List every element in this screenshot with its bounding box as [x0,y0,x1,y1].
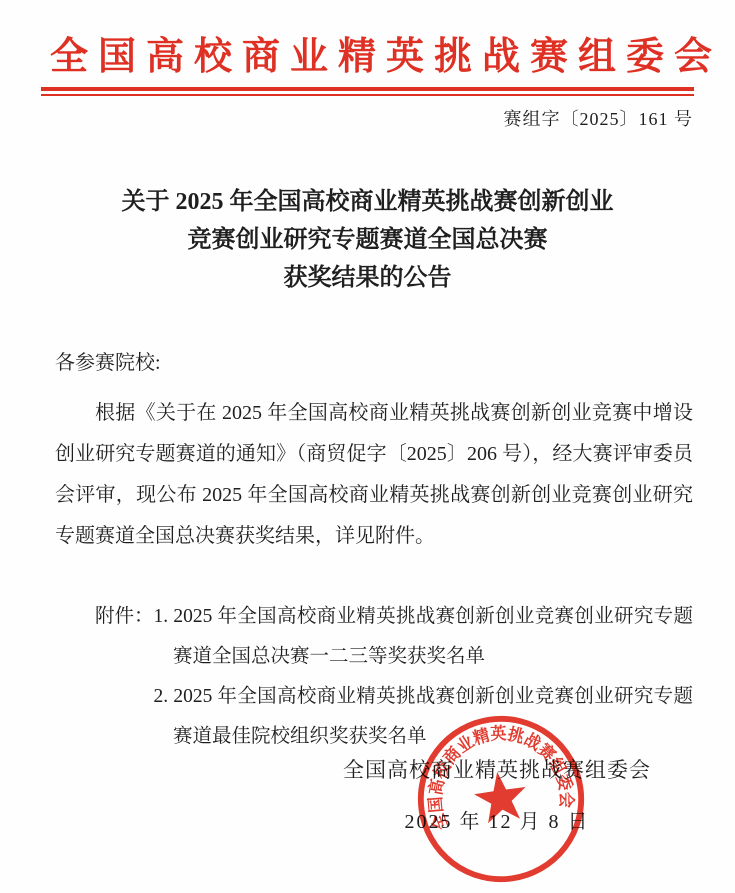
body-paragraph: 根据《关于在 2025 年全国高校商业精英挑战赛创新创业竞赛中增设创业研究专题赛… [55,393,693,557]
title-line-1: 关于 2025 年全国高校商业精英挑战赛创新创业 [0,183,735,221]
letterhead-org-name: 全国高校商业精英挑战赛组委会 [40,25,695,80]
letterhead-double-rule [41,87,694,96]
document-body: 各参赛院校: 根据《关于在 2025 年全国高校商业精英挑战赛创新创业竞赛中增设… [55,351,693,557]
title-line-3: 获奖结果的公告 [0,259,735,297]
document-title: 关于 2025 年全国高校商业精英挑战赛创新创业 竞赛创业研究专题赛道全国总决赛… [0,183,735,297]
document-number: 赛组字〔2025〕161 号 [0,105,693,131]
signature-date: 2025 年 12 月 8 日 [343,805,651,834]
signature-org-name: 全国高校商业精英挑战赛组委会 [343,757,651,783]
attachments-list: 1. 2025 年全国高校商业精英挑战赛创新创业竞赛创业研究专题赛道全国总决赛一… [154,597,693,757]
attachment-item-2: 2. 2025 年全国高校商业精英挑战赛创新创业竞赛创业研究专题赛道最佳院校组织… [154,677,693,757]
document-page: 全国高校商业精英挑战赛组委会 赛组字〔2025〕161 号 关于 2025 年全… [0,0,735,893]
attachment-item-1: 1. 2025 年全国高校商业精英挑战赛创新创业竞赛创业研究专题赛道全国总决赛一… [154,597,693,677]
signature-block: 全国高校商业精英挑战赛组委会 2025 年 12 月 8 日 [343,757,651,834]
attachments-label: 附件： [95,597,154,757]
salutation: 各参赛院校: [55,351,693,375]
title-line-2: 竞赛创业研究专题赛道全国总决赛 [0,221,735,259]
attachments-section: 附件： 1. 2025 年全国高校商业精英挑战赛创新创业竞赛创业研究专题赛道全国… [95,597,693,757]
